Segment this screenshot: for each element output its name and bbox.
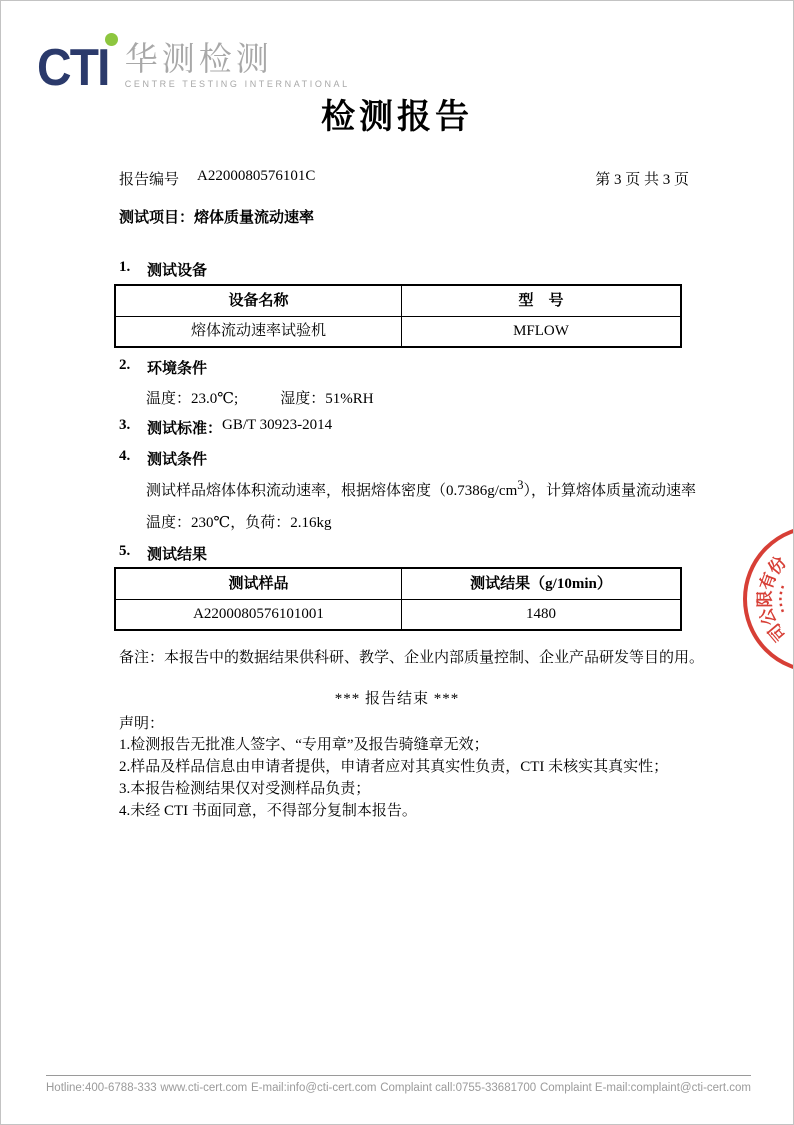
table-row: A2200080576101001 1480 bbox=[116, 599, 680, 629]
temperature-value: 温度：23.0℃; bbox=[146, 391, 238, 407]
page-number-info: 第 3 页 共 3 页 bbox=[1, 168, 689, 189]
statement-title: 声明： bbox=[119, 712, 164, 733]
table-header-row: 测试样品 测试结果（g/10min） bbox=[116, 569, 680, 599]
result-table: 测试样品 测试结果（g/10min） A2200080576101001 148… bbox=[114, 567, 682, 631]
report-end-marker: *** 报告结束 *** bbox=[1, 687, 793, 708]
footer-website: www.cti-cert.com bbox=[160, 1082, 247, 1094]
footer-email: E-mail:info@cti-cert.com bbox=[251, 1082, 376, 1094]
col-header-result: 测试结果（g/10min） bbox=[401, 569, 680, 599]
col-header-equipment-name: 设备名称 bbox=[116, 286, 401, 316]
cti-logo-letters: CTI bbox=[37, 47, 109, 90]
footer-complaint-email: Complaint E-mail:complaint@cti-cert.com bbox=[540, 1082, 751, 1094]
footer-hotline: Hotline:400-6788-333 bbox=[46, 1082, 157, 1094]
footer-divider bbox=[46, 1075, 751, 1076]
col-header-model: 型 号 bbox=[401, 286, 680, 316]
green-dot-icon bbox=[105, 33, 118, 46]
environment-line: 温度：23.0℃;湿度：51%RH bbox=[146, 387, 374, 408]
page-title: 检测报告 bbox=[1, 89, 793, 138]
statement-item: 3.本报告检测结果仅对受测样品负责； bbox=[119, 778, 668, 800]
logo-english-name: CENTRE TESTING INTERNATIONAL bbox=[125, 79, 350, 89]
remark-line: 备注：本报告中的数据结果供科研、教学、企业内部质量控制、企业产品研发等目的用。 bbox=[119, 646, 704, 667]
company-seal-stamp: 份 有 限 公 司 bbox=[741, 524, 793, 676]
statement-item: 2.样品及样品信息由申请者提供，申请者应对其真实性负责，CTI 未核实其真实性； bbox=[119, 756, 668, 778]
table-row: 熔体流动速率试验机 MFLOW bbox=[116, 316, 680, 346]
section-5-heading: 5. 测试结果 bbox=[119, 543, 207, 564]
cti-logo-mark: CTI bbox=[37, 33, 115, 90]
logo-chinese-name: 华测检测 bbox=[125, 42, 350, 75]
conditions-line-2: 温度：230℃，负荷：2.16kg bbox=[146, 511, 332, 532]
report-page: CTI 华测检测 CENTRE TESTING INTERNATIONAL 检测… bbox=[0, 0, 794, 1125]
statement-item: 4.未经 CTI 书面同意，不得部分复制本报告。 bbox=[119, 800, 668, 822]
col-header-sample: 测试样品 bbox=[116, 569, 401, 599]
equipment-table: 设备名称 型 号 熔体流动速率试验机 MFLOW bbox=[114, 284, 682, 348]
table-header-row: 设备名称 型 号 bbox=[116, 286, 680, 316]
equipment-name-cell: 熔体流动速率试验机 bbox=[116, 317, 401, 346]
section-1-heading: 1. 测试设备 bbox=[119, 259, 207, 280]
seal-icon: 份 有 限 公 司 bbox=[741, 524, 793, 676]
footer-complaint-call: Complaint call:0755-33681700 bbox=[380, 1082, 536, 1094]
test-item-line: 测试项目：熔体质量流动速率 bbox=[119, 206, 314, 227]
section-3-heading: 3. 测试标准： GB/T 30923-2014 bbox=[119, 417, 332, 438]
humidity-value: 湿度：51%RH bbox=[280, 391, 373, 407]
sample-id-cell: A2200080576101001 bbox=[116, 600, 401, 629]
result-value-cell: 1480 bbox=[401, 600, 680, 629]
statement-list: 1.检测报告无批准人签字、“专用章”及报告骑缝章无效； 2.样品及样品信息由申请… bbox=[119, 734, 668, 822]
footer-contact-row: Hotline:400-6788-333 www.cti-cert.com E-… bbox=[46, 1082, 751, 1094]
section-4-heading: 4. 测试条件 bbox=[119, 448, 207, 469]
conditions-line-1: 测试样品熔体体积流动速率，根据熔体密度（0.7386g/cm3），计算熔体质量流… bbox=[146, 478, 696, 500]
statement-item: 1.检测报告无批准人签字、“专用章”及报告骑缝章无效； bbox=[119, 734, 668, 756]
model-cell: MFLOW bbox=[401, 317, 680, 346]
svg-text:限: 限 bbox=[756, 591, 775, 608]
section-2-heading: 2. 环境条件 bbox=[119, 357, 207, 378]
cti-logo: CTI 华测检测 CENTRE TESTING INTERNATIONAL bbox=[37, 33, 350, 90]
test-standard-value: GB/T 30923-2014 bbox=[222, 417, 332, 438]
